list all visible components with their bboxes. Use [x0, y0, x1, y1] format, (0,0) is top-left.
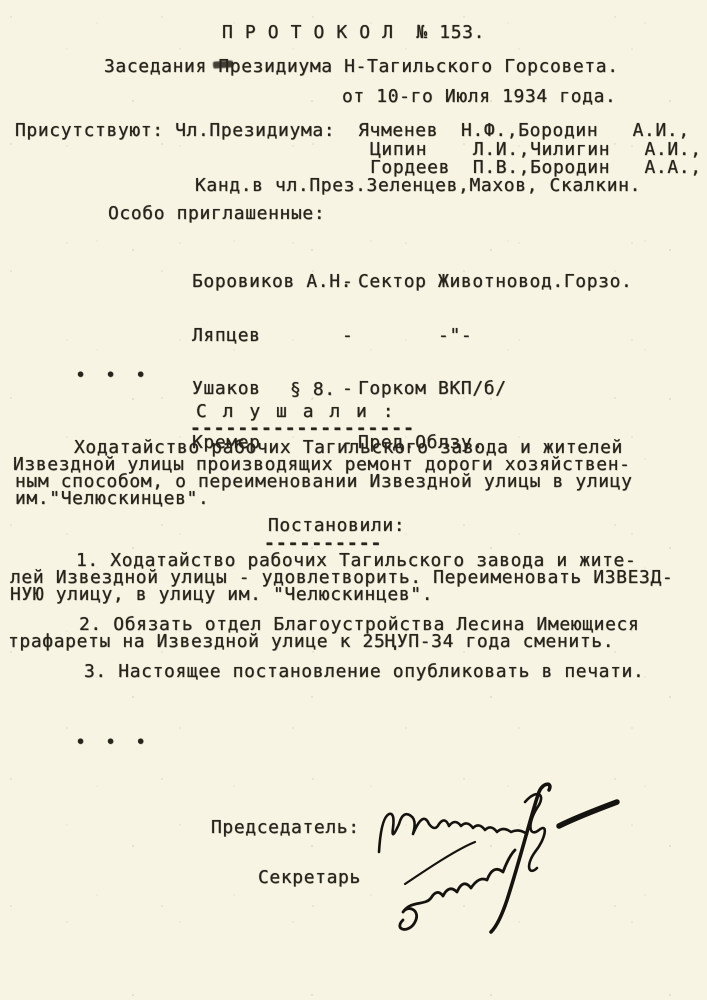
document-title: П Р О Т О К О Л № 153.: [222, 24, 485, 42]
secretary-signature: [400, 850, 515, 929]
invited-role: Горком ВКП/б/: [358, 380, 507, 398]
invited-role: -"-: [358, 327, 472, 345]
resolution-3-line: 3. Настоящее постановление опубликовать …: [84, 663, 644, 681]
handwritten-signatures: [375, 780, 695, 955]
document-date: от 10-го Июля 1934 года.: [342, 88, 617, 106]
chairman-signature: [379, 814, 527, 852]
invited-row: Ушаков-Горком ВКП/б/: [192, 380, 633, 398]
invited-dash: -: [342, 327, 358, 345]
invited-role: Сектор Животновод.Горзо.: [358, 273, 633, 291]
document-page: П Р О Т О К О Л № 153. Заседания Президи…: [0, 0, 707, 1000]
invited-dash: -: [342, 380, 358, 398]
heard-text-line: им."Челюскинцев".: [15, 490, 209, 508]
invited-heading: Особо приглашенные:: [108, 205, 325, 223]
separator-dots: • • •: [76, 366, 151, 384]
paragraph-mark: § 8.: [290, 381, 336, 399]
document-subtitle: Заседания Президиума Н-Тагильского Горсо…: [104, 58, 619, 76]
invited-name: Боровиков А.Н.: [192, 273, 342, 291]
secretary-signature-lead: [405, 842, 475, 884]
signature-bold-dash: [559, 802, 617, 826]
secretary-label: Секретарь: [258, 869, 361, 887]
resolution-2-line: трафареты на Извездной улице к 25ҢУП-34 …: [8, 633, 614, 651]
invited-row: Ляпцев- -"-: [192, 327, 633, 345]
invited-dash: -: [342, 273, 358, 291]
heard-underline: -------------------: [190, 420, 415, 438]
invited-row: Боровиков А.Н.-Сектор Животновод.Горзо.: [192, 273, 633, 291]
attendees-line: Присутствуют: Чл.Президиума: Ячменев Н.Ф…: [15, 122, 690, 140]
chairman-label: Председатель:: [211, 819, 360, 837]
separator-dots: • • •: [76, 733, 151, 751]
ink-smudge: [213, 60, 233, 68]
attendees-line: Канд.в чл.През.Зеленцев,Махов, Скалкин.: [195, 177, 641, 195]
signature-diagonal-stroke: [491, 784, 550, 932]
resolution-1-line: НУЮ улицу, в улицу им. "Челюскинцев".: [10, 586, 433, 604]
invited-name: Ляпцев: [192, 327, 342, 345]
